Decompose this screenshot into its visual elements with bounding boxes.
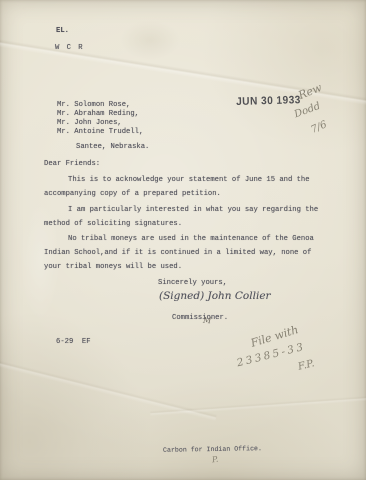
closing: Sincerely yours,	[158, 279, 227, 287]
body-line: method of soliciting signatures.	[44, 220, 182, 228]
paper-stain	[20, 200, 60, 320]
pencil-bottom-mark: P.	[212, 455, 219, 465]
salutation: Dear Friends:	[44, 160, 100, 168]
paper-crease	[149, 381, 366, 425]
recipient-line: Mr. Antoine Trudell,	[57, 128, 143, 136]
carbon-office-stamp: Carbon for Indian Office.	[163, 445, 262, 454]
date-received-stamp: JUN 30 1933	[236, 94, 301, 108]
pencil-note-top-3: 7/6	[309, 119, 328, 136]
body-line: No tribal moneys are used in the mainten…	[68, 235, 314, 243]
body-line: your tribal moneys will be used.	[44, 263, 182, 271]
body-line: I am particularly interested in what you…	[68, 206, 318, 214]
reference-initials: W C R	[55, 44, 84, 52]
place-line: Santee, Nebraska.	[76, 143, 149, 151]
pencil-file-note-3: F.P.	[297, 358, 316, 373]
reference-mark: EL.	[56, 27, 69, 35]
pencil-initial: M	[203, 316, 212, 326]
body-line: accompanying copy of a prepared petition…	[44, 190, 221, 198]
signature-stamp: (Signed) John Collier	[159, 290, 271, 302]
body-line: This is to acknowledge your statement of…	[68, 176, 310, 184]
pencil-note-top-1: Rew	[296, 81, 323, 102]
body-line: Indian School,and if it is continued in …	[44, 249, 311, 257]
pencil-file-note-2: 23385-33	[236, 341, 307, 370]
signature-title: Commissioner.	[172, 314, 228, 322]
paper-crease	[0, 343, 220, 430]
typist-line: 6-29 EF	[56, 338, 91, 346]
recipient-line: Mr. John Jones,	[57, 119, 122, 127]
recipient-line: Mr. Solomon Rose,	[57, 101, 130, 109]
recipient-line: Mr. Abraham Reding,	[57, 110, 139, 118]
paper-stain	[120, 20, 180, 60]
letter-scan: EL. W C R JUN 30 1933 Rew Dodd 7/6 Mr. S…	[0, 0, 366, 480]
